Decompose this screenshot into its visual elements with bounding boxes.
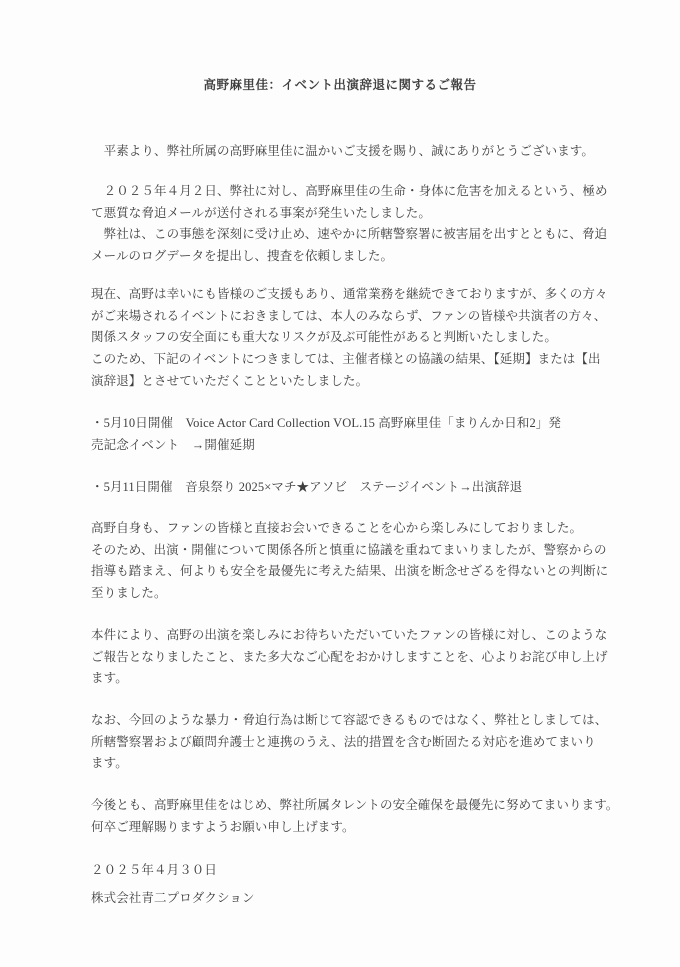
paragraph-apology: 本件により、高野の出演を楽しみにお待ちいただいていたファンの皆様に対し、このよう… [91, 625, 608, 690]
paragraph-closing: 今後とも、高野麻里佳をはじめ、弊社所属タレントの安全確保を最優先に努めてまいりま… [91, 795, 618, 838]
paragraph-legal: なお、今回のような暴力・脅迫行為は断じて容認できるものではなく、弊社としましては… [91, 710, 607, 775]
paragraph-assessment: 現在、高野は幸いにも皆様のご支援もあり、通常業務を継続できておりますが、多くの方… [91, 284, 608, 393]
paragraph-decision: 高野自身も、ファンの皆様と直接お会いできることを心から楽しみにしておりました。 … [91, 518, 608, 605]
event-item-2: ・5月11日開催 音泉祭り 2025×マチ★アソビ ステージイベント→出演辞退 [91, 477, 522, 499]
paragraph-incident: ２０２５年４月２日、弊社に対し、高野麻里佳の生命・身体に危害を加えるという、極め… [91, 181, 608, 268]
date-line: ２０２５年４月３０日 [91, 860, 217, 882]
notice-document: 高野麻里佳：イベント出演辞退に関するご報告 平素より、弊社所属の高野麻里佳に温か… [0, 0, 680, 967]
event-item-1: ・5月10日開催 Voice Actor Card Collection VOL… [91, 413, 561, 456]
paragraph-greeting: 平素より、弊社所属の高野麻里佳に温かいご支援を賜り、誠にありがとうございます。 [91, 141, 594, 163]
company-signature: 株式会社青二プロダクション [91, 888, 255, 910]
document-title: 高野麻里佳：イベント出演辞退に関するご報告 [0, 75, 680, 97]
